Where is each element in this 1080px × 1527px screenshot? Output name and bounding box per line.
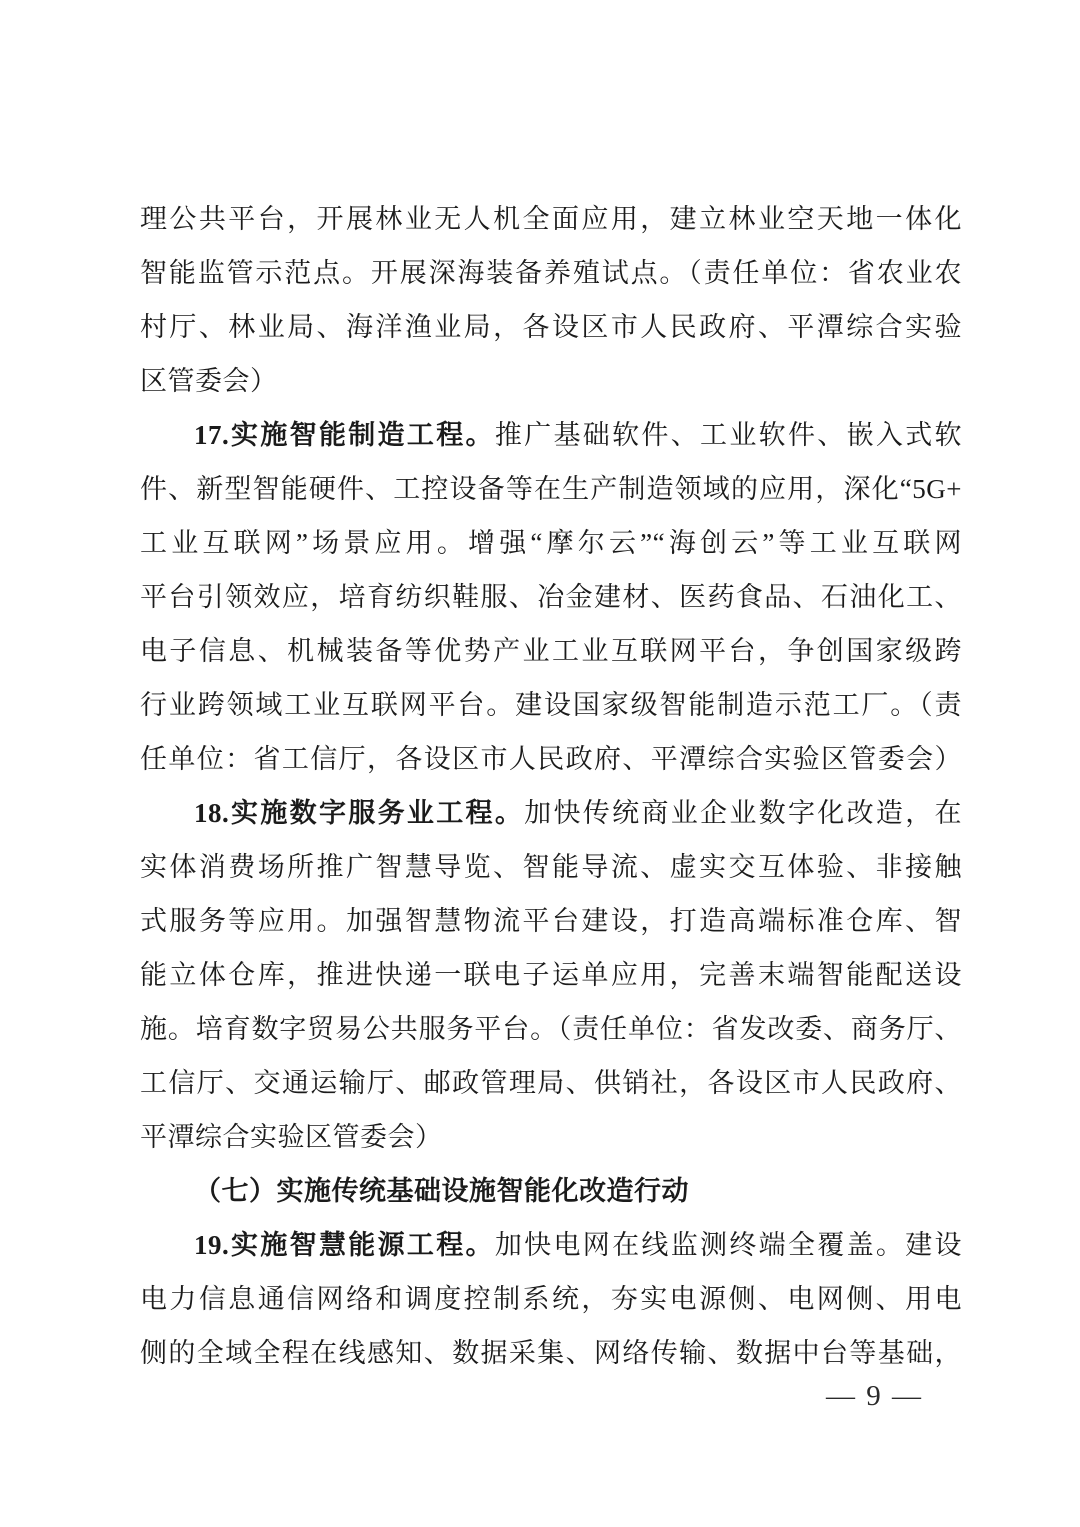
page-number: — 9 — bbox=[826, 1376, 923, 1416]
text-line: 电子信息、机械装备等优势产业工业互联网平台，争创国家级跨 bbox=[140, 624, 962, 678]
paragraph-lead-bold: 17.实施智能制造工程。 bbox=[194, 420, 495, 450]
section-heading-text: （七）实施传统基础设施智能化改造行动 bbox=[194, 1176, 689, 1206]
line-text: 电子信息、机械装备等优势产业工业互联网平台，争创国家级跨 bbox=[140, 636, 962, 666]
text-line: 区管委会） bbox=[140, 354, 962, 408]
line-text: 村厅、林业局、海洋渔业局，各设区市人民政府、平潭综合实验 bbox=[140, 312, 962, 342]
text-line: 实体消费场所推广智慧导览、智能导流、虚实交互体验、非接触 bbox=[140, 840, 962, 894]
line-text: 任单位：省工信厅，各设区市人民政府、平潭综合实验区管委会） bbox=[140, 744, 962, 774]
line-text: 施。培育数字贸易公共服务平台。（责任单位：省发改委、商务厅、 bbox=[140, 1014, 962, 1044]
document-page: 理公共平台，开展林业无人机全面应用，建立林业空天地一体化智能监管示范点。开展深海… bbox=[0, 0, 1080, 1527]
line-text: 智能监管示范点。开展深海装备养殖试点。（责任单位：省农业农 bbox=[140, 258, 962, 288]
text-line: 任单位：省工信厅，各设区市人民政府、平潭综合实验区管委会） bbox=[140, 732, 962, 786]
line-text: 式服务等应用。加强智慧物流平台建设，打造高端标准仓库、智 bbox=[140, 906, 962, 936]
line-text: 电力信息通信网络和调度控制系统，夯实电源侧、电网侧、用电 bbox=[140, 1284, 962, 1314]
line-text: 件、新型智能硬件、工控设备等在生产制造领域的应用，深化“5G+ bbox=[140, 474, 962, 504]
text-line: 电力信息通信网络和调度控制系统，夯实电源侧、电网侧、用电 bbox=[140, 1272, 962, 1326]
line-text: 工业互联网”场景应用。增强“摩尔云”“海创云”等工业互联网 bbox=[140, 528, 962, 558]
line-text: 行业跨领域工业互联网平台。建设国家级智能制造示范工厂。（责 bbox=[140, 690, 962, 720]
line-text: 推广基础软件、工业软件、嵌入式软 bbox=[495, 420, 962, 450]
page-number-text: — 9 — bbox=[826, 1380, 923, 1412]
section-heading: （七）实施传统基础设施智能化改造行动 bbox=[140, 1164, 962, 1218]
paragraph-lead-bold: 18.实施数字服务业工程。 bbox=[194, 798, 524, 828]
text-line: 理公共平台，开展林业无人机全面应用，建立林业空天地一体化 bbox=[140, 192, 962, 246]
text-line: 侧的全域全程在线感知、数据采集、网络传输、数据中台等基础， bbox=[140, 1326, 962, 1380]
text-line: 19.实施智慧能源工程。加快电网在线监测终端全覆盖。建设 bbox=[140, 1218, 962, 1272]
text-line: 式服务等应用。加强智慧物流平台建设，打造高端标准仓库、智 bbox=[140, 894, 962, 948]
text-line: 件、新型智能硬件、工控设备等在生产制造领域的应用，深化“5G+ bbox=[140, 462, 962, 516]
text-line: 17.实施智能制造工程。推广基础软件、工业软件、嵌入式软 bbox=[140, 408, 962, 462]
line-text: 侧的全域全程在线感知、数据采集、网络传输、数据中台等基础， bbox=[140, 1338, 962, 1368]
line-text: 能立体仓库，推进快递一联电子运单应用，完善末端智能配送设 bbox=[140, 960, 962, 990]
text-line: 18.实施数字服务业工程。加快传统商业企业数字化改造，在 bbox=[140, 786, 962, 840]
text-line: 能立体仓库，推进快递一联电子运单应用，完善末端智能配送设 bbox=[140, 948, 962, 1002]
text-line: 智能监管示范点。开展深海装备养殖试点。（责任单位：省农业农 bbox=[140, 246, 962, 300]
text-line: 工信厅、交通运输厅、邮政管理局、供销社，各设区市人民政府、 bbox=[140, 1056, 962, 1110]
document-body: 理公共平台，开展林业无人机全面应用，建立林业空天地一体化智能监管示范点。开展深海… bbox=[140, 192, 962, 1380]
text-line: 平台引领效应，培育纺织鞋服、冶金建材、医药食品、石油化工、 bbox=[140, 570, 962, 624]
line-text: 平潭综合实验区管委会） bbox=[140, 1122, 443, 1152]
line-text: 工信厅、交通运输厅、邮政管理局、供销社，各设区市人民政府、 bbox=[140, 1068, 962, 1098]
text-line: 施。培育数字贸易公共服务平台。（责任单位：省发改委、商务厅、 bbox=[140, 1002, 962, 1056]
line-text: 实体消费场所推广智慧导览、智能导流、虚实交互体验、非接触 bbox=[140, 852, 962, 882]
text-line: 平潭综合实验区管委会） bbox=[140, 1110, 962, 1164]
text-line: 村厅、林业局、海洋渔业局，各设区市人民政府、平潭综合实验 bbox=[140, 300, 962, 354]
line-text: 加快电网在线监测终端全覆盖。建设 bbox=[495, 1230, 962, 1260]
line-text: 平台引领效应，培育纺织鞋服、冶金建材、医药食品、石油化工、 bbox=[140, 582, 962, 612]
text-line: 工业互联网”场景应用。增强“摩尔云”“海创云”等工业互联网 bbox=[140, 516, 962, 570]
line-text: 区管委会） bbox=[140, 366, 278, 396]
text-line: 行业跨领域工业互联网平台。建设国家级智能制造示范工厂。（责 bbox=[140, 678, 962, 732]
paragraph-lead-bold: 19.实施智慧能源工程。 bbox=[194, 1230, 495, 1260]
line-text: 加快传统商业企业数字化改造，在 bbox=[524, 798, 962, 828]
line-text: 理公共平台，开展林业无人机全面应用，建立林业空天地一体化 bbox=[140, 204, 962, 234]
